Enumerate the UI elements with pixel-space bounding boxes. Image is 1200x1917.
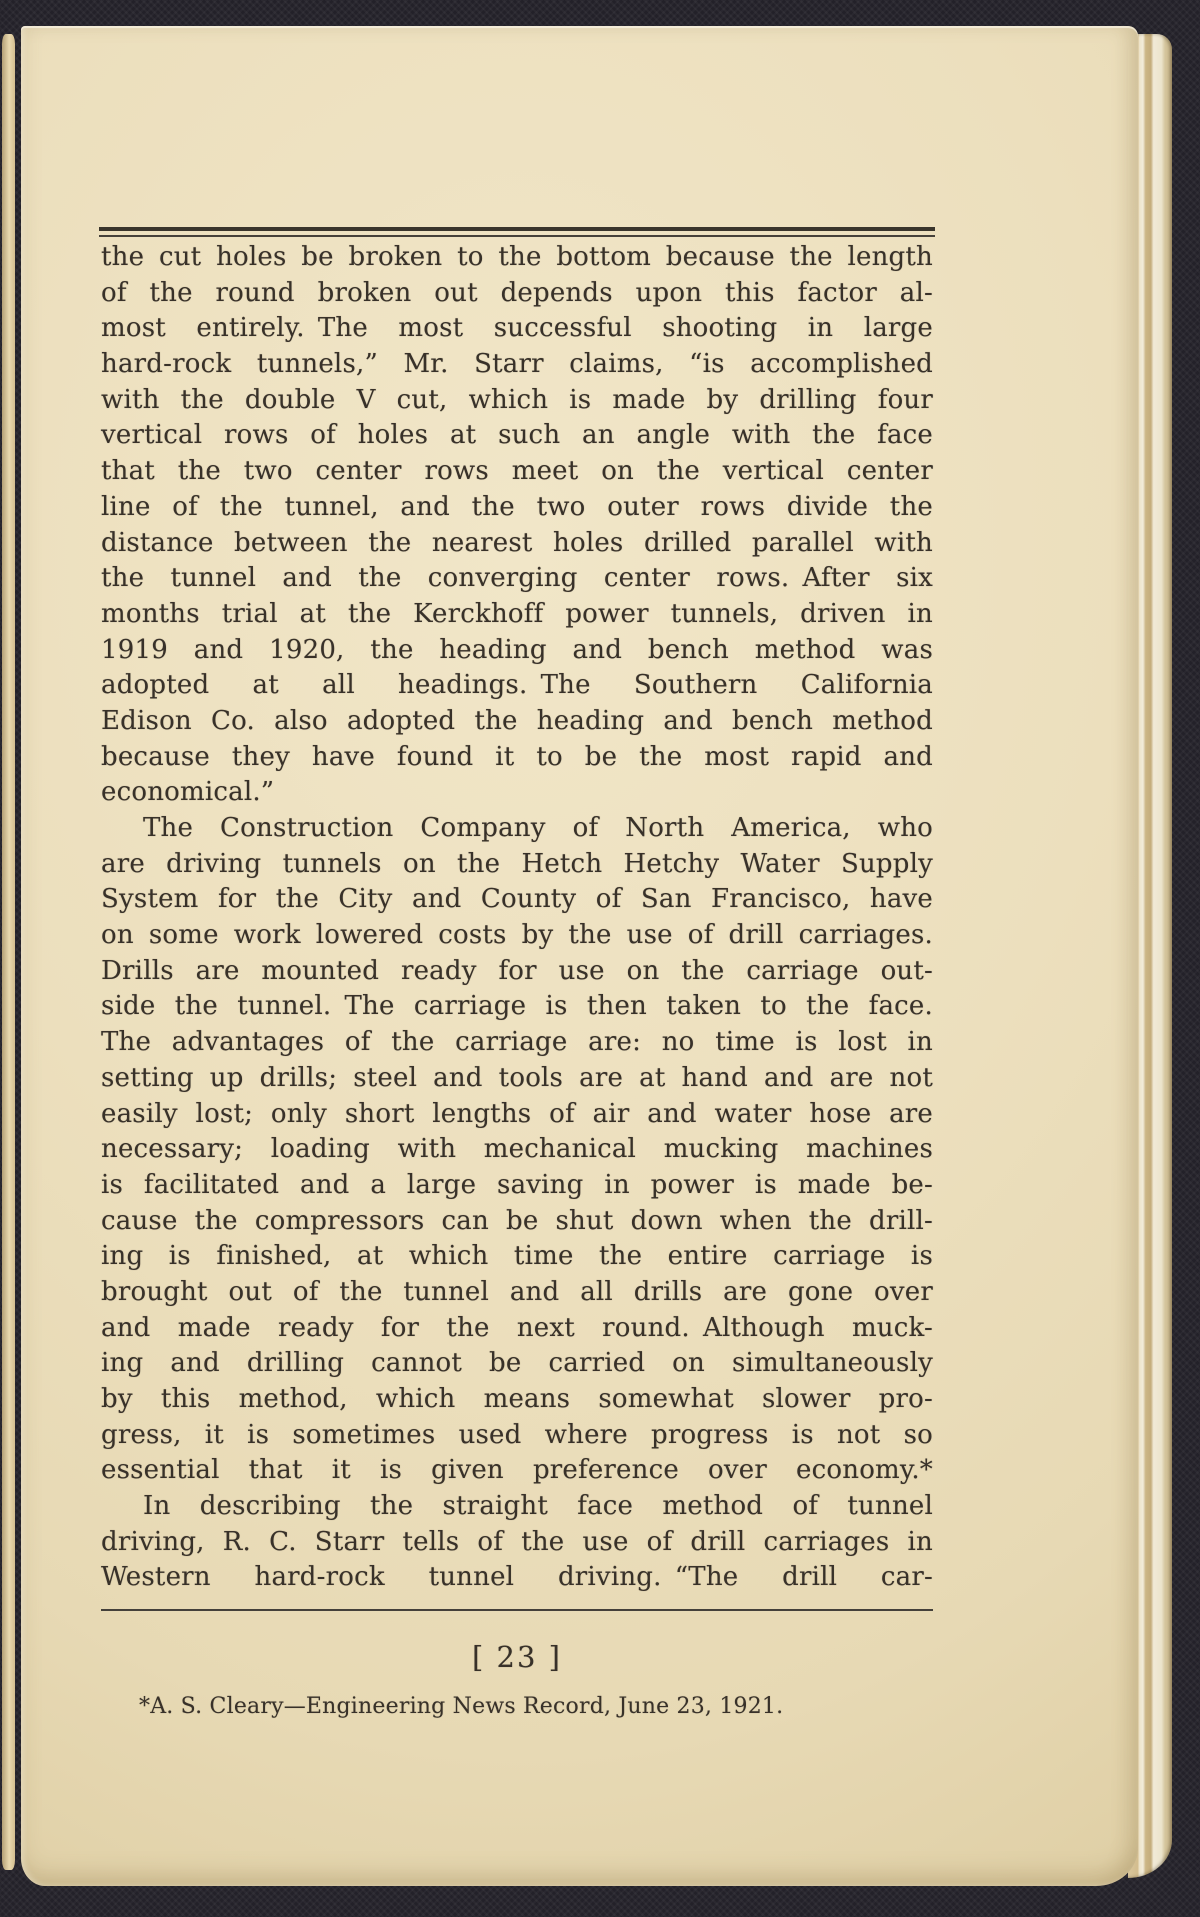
text-line: The Construction Company of North Americ… — [101, 811, 933, 847]
text-line: because they have found it to be the mos… — [101, 740, 933, 776]
text-line: In describing the straight face method o… — [101, 1489, 933, 1525]
footnote: *A. S. Cleary—Engineering News Record, J… — [139, 1694, 939, 1719]
text-line: adopted at all headings. The Southern Ca… — [101, 668, 933, 704]
text-line: is facilitated and a large saving in pow… — [101, 1168, 933, 1204]
text-line: Drills are mounted ready for use on the … — [101, 954, 933, 990]
text-line: cause the compressors can be shut down w… — [101, 1204, 933, 1240]
text-line: Western hard-rock tunnel driving. “The d… — [101, 1560, 933, 1596]
text-line: the tunnel and the converging center row… — [101, 561, 933, 597]
paragraph: The Construction Company of North Americ… — [101, 811, 933, 1489]
text-line: on some work lowered costs by the use of… — [101, 918, 933, 954]
header-rule-thick-line — [99, 227, 935, 231]
text-line: distance between the nearest holes drill… — [101, 526, 933, 562]
text-line: and made ready for the next round. Altho… — [101, 1311, 933, 1347]
text-line: System for the City and County of San Fr… — [101, 882, 933, 918]
text-line: side the tunnel. The carriage is then ta… — [101, 989, 933, 1025]
paragraph: In describing the straight face method o… — [101, 1489, 933, 1596]
text-line: ing and drilling cannot be carried on si… — [101, 1346, 933, 1382]
text-line: by this method, which means somewhat slo… — [101, 1382, 933, 1418]
text-line: Edison Co. also adopted the heading and … — [101, 704, 933, 740]
text-line: vertical rows of holes at such an angle … — [101, 418, 933, 454]
text-line: economical.” — [101, 775, 933, 811]
text-line: driving, R. C. Starr tells of the use of… — [101, 1525, 933, 1561]
text-line: necessary; loading with mechanical mucki… — [101, 1132, 933, 1168]
page-number: [ 23 ] — [101, 1640, 933, 1674]
text-line: easily lost; only short lengths of air a… — [101, 1097, 933, 1133]
text-line: the cut holes be broken to the bottom be… — [101, 240, 933, 276]
header-rule-thin-line — [99, 235, 935, 237]
text-line: that the two center rows meet on the ver… — [101, 454, 933, 490]
text-line: most entirely. The most successful shoot… — [101, 311, 933, 347]
text-line: months trial at the Kerckhoff power tunn… — [101, 597, 933, 633]
text-line: setting up drills; steel and tools are a… — [101, 1061, 933, 1097]
text-line: ing is finished, at which time the entir… — [101, 1239, 933, 1275]
paragraph: the cut holes be broken to the bottom be… — [101, 240, 933, 811]
text-line: gress, it is sometimes used where progre… — [101, 1418, 933, 1454]
text-line: are driving tunnels on the Hetch Hetchy … — [101, 847, 933, 883]
text-line: of the round broken out depends upon thi… — [101, 276, 933, 312]
body-text: the cut holes be broken to the bottom be… — [101, 240, 933, 1596]
book-page: the cut holes be broken to the bottom be… — [21, 26, 1138, 1886]
text-line: The advantages of the carriage are: no t… — [101, 1025, 933, 1061]
text-line: essential that it is given preference ov… — [101, 1453, 933, 1489]
text-line: line of the tunnel, and the two outer ro… — [101, 490, 933, 526]
footer-divider-rule — [101, 1609, 933, 1611]
text-line: with the double V cut, which is made by … — [101, 383, 933, 419]
book-photograph: { "colors": { "page_paper": "#ecdfbd", "… — [0, 0, 1200, 1917]
text-line: brought out of the tunnel and all drills… — [101, 1275, 933, 1311]
text-line: 1919 and 1920, the heading and bench met… — [101, 633, 933, 669]
header-double-rule — [99, 227, 935, 237]
facing-page-edge — [2, 34, 15, 1870]
text-line: hard-rock tunnels,” Mr. Starr claims, “i… — [101, 347, 933, 383]
